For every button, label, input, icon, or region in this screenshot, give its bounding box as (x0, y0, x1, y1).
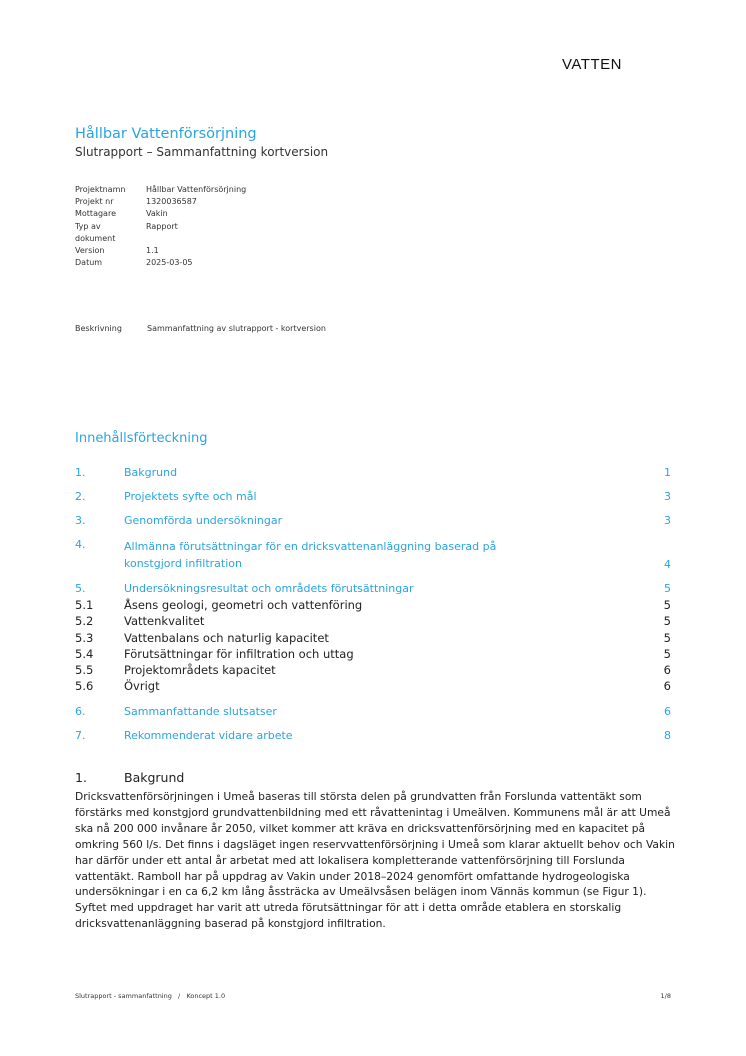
metadata-value: Hållbar Vattenförsörjning (146, 184, 246, 196)
toc-number: 1. (75, 466, 124, 480)
page-footer: Slutrapport - sammanfattning / Koncept 1… (75, 992, 671, 1000)
toc-page: 6 (664, 678, 671, 694)
toc-item-syfte[interactable]: 2. Projektets syfte och mål 3 (75, 490, 671, 504)
toc-item-resultat[interactable]: 5. Undersökningsresultat och områdets fö… (75, 582, 671, 596)
toc-label: Övrigt (124, 678, 671, 694)
toc-item-5-6[interactable]: 5.6 Övrigt 6 (75, 678, 671, 694)
toc-page: 5 (664, 630, 671, 646)
toc-number: 5.2 (75, 613, 124, 629)
toc-number: 5.3 (75, 630, 124, 646)
metadata-key: Mottagare (75, 208, 146, 220)
toc-page: 8 (664, 729, 671, 743)
section-heading: 1. Bakgrund (75, 770, 184, 785)
toc-page: 3 (664, 514, 671, 528)
metadata-key: Projektnamn (75, 184, 146, 196)
toc-item-vidare-arbete[interactable]: 7. Rekommenderat vidare arbete 8 (75, 729, 671, 743)
metadata-table: Projektnamn Hållbar Vattenförsörjning Pr… (75, 184, 246, 269)
toc-number: 5.5 (75, 662, 124, 678)
toc-label: Vattenkvalitet (124, 613, 671, 629)
toc-label: Rekommenderat vidare arbete (124, 729, 671, 743)
metadata-value: 2025-03-05 (146, 257, 193, 269)
description-row: Beskrivning Sammanfattning av slutrappor… (75, 324, 326, 333)
table-of-contents: 1. Bakgrund 1 2. Projektets syfte och må… (75, 466, 671, 753)
toc-page: 6 (664, 705, 671, 719)
toc-number: 5.4 (75, 646, 124, 662)
toc-item-bakgrund[interactable]: 1. Bakgrund 1 (75, 466, 671, 480)
toc-label: Genomförda undersökningar (124, 514, 671, 528)
page-number: 1/8 (661, 992, 671, 1000)
toc-title: Innehållsförteckning (75, 431, 208, 446)
toc-item-5-2[interactable]: 5.2 Vattenkvalitet 5 (75, 613, 671, 629)
metadata-row: Datum 2025-03-05 (75, 257, 246, 269)
metadata-key: Version (75, 245, 146, 257)
toc-item-5-5[interactable]: 5.5 Projektområdets kapacitet 6 (75, 662, 671, 678)
toc-page: 5 (664, 613, 671, 629)
section-body: Dricksvattenförsörjningen i Umeå baseras… (75, 789, 675, 932)
toc-number: 6. (75, 705, 124, 719)
toc-page: 1 (664, 466, 671, 480)
section-title: Bakgrund (124, 770, 184, 785)
metadata-key: Datum (75, 257, 146, 269)
toc-label: Undersökningsresultat och områdets förut… (124, 582, 671, 596)
toc-label: Förutsättningar för infiltration och utt… (124, 646, 671, 662)
toc-number: 7. (75, 729, 124, 743)
toc-number: 3. (75, 514, 124, 528)
metadata-value: 1320036587 (146, 196, 197, 208)
toc-label: Projektets syfte och mål (124, 490, 671, 504)
document-subtitle: Slutrapport – Sammanfattning kortversion (75, 145, 328, 159)
description-key: Beskrivning (75, 324, 147, 333)
toc-number: 2. (75, 490, 124, 504)
toc-number: 5. (75, 582, 124, 596)
metadata-value: Rapport (146, 221, 178, 245)
metadata-value: Vakin (146, 208, 168, 220)
toc-page: 5 (664, 582, 671, 596)
toc-item-5-4[interactable]: 5.4 Förutsättningar för infiltration och… (75, 646, 671, 662)
toc-item-slutsatser[interactable]: 6. Sammanfattande slutsatser 6 (75, 705, 671, 719)
metadata-row: Projekt nr 1320036587 (75, 196, 246, 208)
footer-document-info: Slutrapport - sammanfattning / Koncept 1… (75, 992, 225, 1000)
brand-logo: VATTEN (562, 56, 622, 73)
toc-item-5-1[interactable]: 5.1 Åsens geologi, geometri och vattenfö… (75, 597, 671, 613)
metadata-value: 1.1 (146, 245, 159, 257)
toc-label: Bakgrund (124, 466, 671, 480)
toc-page: 3 (664, 490, 671, 504)
toc-number: 5.1 (75, 597, 124, 613)
section-number: 1. (75, 770, 124, 785)
toc-page: 5 (664, 597, 671, 613)
toc-label: Sammanfattande slutsatser (124, 705, 671, 719)
toc-label: Projektområdets kapacitet (124, 662, 671, 678)
metadata-key: Typ av dokument (75, 221, 120, 245)
toc-page: 5 (664, 646, 671, 662)
document-title: Hållbar Vattenförsörjning (75, 126, 257, 142)
metadata-row: Mottagare Vakin (75, 208, 246, 220)
toc-item-5-3[interactable]: 5.3 Vattenbalans och naturlig kapacitet … (75, 630, 671, 646)
toc-item-forutsattningar[interactable]: 4. Allmänna förutsättningar för en drick… (75, 538, 671, 572)
metadata-key: Projekt nr (75, 196, 146, 208)
toc-page: 6 (664, 662, 671, 678)
toc-label: Åsens geologi, geometri och vattenföring (124, 597, 671, 613)
metadata-row: Typ av dokument Rapport (75, 221, 246, 245)
toc-page: 4 (664, 558, 671, 572)
toc-item-undersokningar[interactable]: 3. Genomförda undersökningar 3 (75, 514, 671, 528)
toc-number: 5.6 (75, 678, 124, 694)
metadata-row: Projektnamn Hållbar Vattenförsörjning (75, 184, 246, 196)
toc-number: 4. (75, 538, 124, 572)
description-value: Sammanfattning av slutrapport - kortvers… (147, 324, 326, 333)
metadata-row: Version 1.1 (75, 245, 246, 257)
toc-label: Allmänna förutsättningar för en dricksva… (124, 538, 671, 572)
toc-label: Vattenbalans och naturlig kapacitet (124, 630, 671, 646)
